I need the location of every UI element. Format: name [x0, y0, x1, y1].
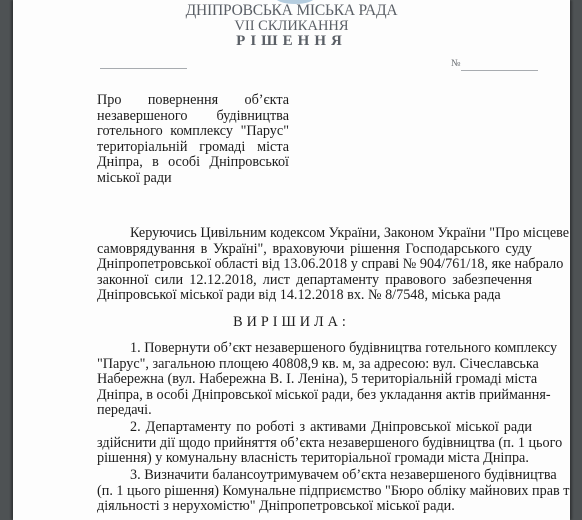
document-title: РІШЕННЯ [13, 33, 570, 50]
subject-line: Про повернення об’єкта [97, 93, 289, 109]
decision-item-3: 3. Визначити балансоутримувачем об’єкта … [97, 468, 532, 515]
number-label: № [451, 58, 461, 69]
paragraph-line: Дніпропетровської області від 13.06.2018… [97, 257, 532, 273]
subject-line: Дніпра, в особі Дніпровської [97, 155, 289, 171]
document-viewer: ДНІПРОВСЬКА МІСЬКА РАДА VII СКЛИКАННЯ РІ… [0, 0, 582, 520]
decision-item-1: 1. Повернути об’єкт незавершеного будівн… [97, 341, 532, 419]
subject-line: міської ради [97, 171, 289, 187]
paragraph-line: 2. Департаменту по роботі з активами Дні… [97, 420, 532, 436]
decided-heading: ВИРІШИЛА: [13, 314, 570, 331]
paragraph-line: самоврядування в Україні", враховуючи рі… [97, 242, 532, 258]
paragraph-line: 1. Повернути об’єкт незавершеного будівн… [97, 341, 532, 357]
paragraph-line: законної сили 12.12.2018, лист департаме… [97, 273, 532, 289]
preamble-paragraph: Керуючись Цивільним кодексом України, За… [97, 226, 532, 304]
subject-line: готельного комплексу "Парус" [97, 124, 289, 140]
paragraph-line: Керуючись Цивільним кодексом України, За… [97, 226, 532, 242]
date-blank-line [100, 68, 187, 69]
paragraph-line: 3. Визначити балансоутримувачем об’єкта … [97, 468, 532, 484]
paragraph-line: "Парус", загальною площею 40808,9 кв. м,… [97, 357, 532, 373]
number-blank-line [461, 70, 538, 71]
paragraph-line: (п. 1 цього рішення) Комунальне підприєм… [97, 484, 532, 500]
subject-line: незавершеного будівництва [97, 109, 289, 125]
paragraph-line: Набережна (вул. Набережна В. І. Леніна),… [97, 372, 532, 388]
paragraph-line: Дніпра, в особі Дніпровської міської рад… [97, 388, 532, 404]
paragraph-line: Дніпровської міської ради від 14.12.2018… [97, 288, 532, 304]
paragraph-line: рішення) у комунальну власність територі… [97, 451, 532, 467]
paragraph-line: здійснити дії щодо прийняття об’єкта нез… [97, 436, 532, 452]
decision-item-2: 2. Департаменту по роботі з активами Дні… [97, 420, 532, 467]
subject-line: територіальній громаді міста [97, 140, 289, 156]
paragraph-line: діяльності з нерухомістю" Дніпропетровсь… [97, 499, 532, 515]
paragraph-line: передачі. [97, 403, 532, 419]
decision-subject: Про повернення об’єкта незавершеного буд… [97, 93, 289, 187]
document-page[interactable]: ДНІПРОВСЬКА МІСЬКА РАДА VII СКЛИКАННЯ РІ… [13, 0, 570, 520]
